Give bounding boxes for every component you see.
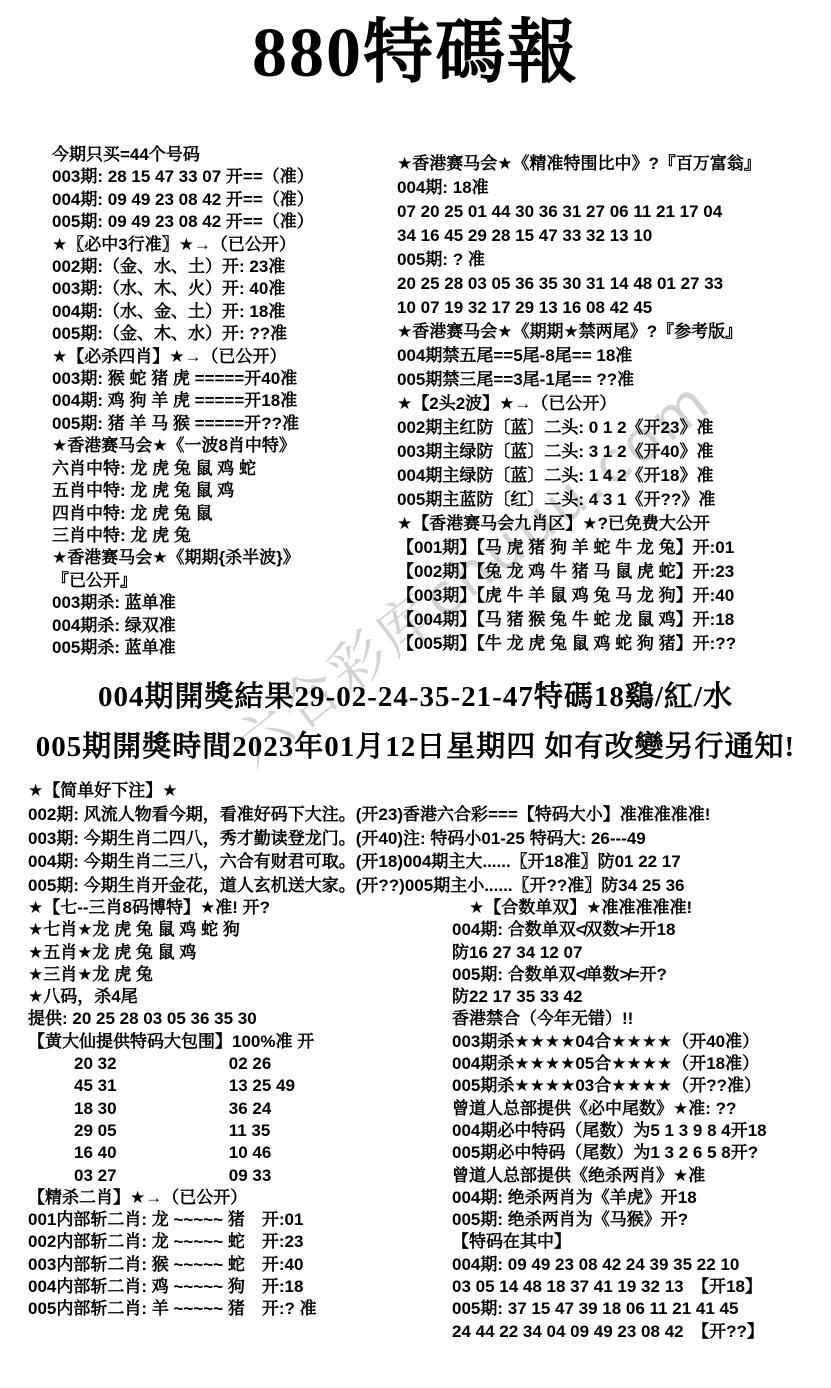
text-line: 提供: 20 25 28 03 05 36 35 30 <box>28 1008 443 1030</box>
text-line: ★【必杀四肖】★→（已公开） <box>52 346 397 368</box>
grid-col-right: 10 46 <box>229 1142 272 1164</box>
masthead-title: 880特碼報 <box>0 14 831 95</box>
text-line: 005期: 猪 羊 马 猴 =====开??准 <box>52 413 397 435</box>
text-line: 防16 27 34 12 07 <box>452 942 831 964</box>
text-line: 001内部斩二肖: 龙 ~~~~~ 猪 开:01 <box>28 1209 443 1231</box>
bottom-right-column: ★【合数单双】★准准准准准!004期: 合数单双≮双数≯=开18防16 27 3… <box>452 897 831 1343</box>
results-banner: 004期開獎結果29-02-24-35-21-47特碼18鷄/紅/水 005期開… <box>0 672 831 772</box>
text-line: 004期: 09 49 23 08 42 24 39 35 22 10 <box>452 1254 831 1276</box>
text-line: 03 05 14 48 18 37 41 19 32 13 【开18】 <box>452 1276 831 1298</box>
text-line: 【001期】【马 虎 猪 狗 羊 蛇 牛 龙 兔】开:01 <box>397 536 831 560</box>
text-line: 003期: 28 15 47 33 07 开==（准） <box>52 166 397 188</box>
text-line: 005期主蓝防〔红〕二头: 4 3 1《开??》准 <box>397 488 831 512</box>
text-line: 004期: 鸡 狗 羊 虎 =====开18准 <box>52 390 397 412</box>
text-line: 34 16 45 29 28 15 47 33 32 13 10 <box>397 224 831 248</box>
grid-col-left: 20 32 <box>74 1053 224 1075</box>
text-line: 【特码在其中】 <box>452 1231 831 1253</box>
text-line: 004期: 合数单双≮双数≯=开18 <box>452 919 831 941</box>
top-left-column: 今期只买=44个号码003期: 28 15 47 33 07 开==（准）004… <box>52 144 397 659</box>
grid-col-right: 02 26 <box>229 1053 272 1075</box>
text-line: 07 20 25 01 44 30 36 31 27 06 11 21 17 0… <box>397 200 831 224</box>
text-line: 004期必中特码（尾数）为5 1 3 9 8 4开18 <box>452 1120 831 1142</box>
number-grid-row: 03 27 09 33 <box>28 1165 443 1187</box>
text-line: 10 07 19 32 17 29 13 16 08 42 45 <box>397 296 831 320</box>
text-line: ★香港赛马会★《一波8肖中特》 <box>52 435 397 457</box>
text-line: 005内部斩二肖: 羊 ~~~~~ 猪 开:? 准 <box>28 1298 443 1320</box>
draw-result-line: 004期開獎結果29-02-24-35-21-47特碼18鷄/紅/水 <box>0 672 831 722</box>
text-line: 003期主绿防〔蓝〕二头: 3 1 2《开40》准 <box>397 440 831 464</box>
grid-col-right: 13 25 49 <box>229 1075 295 1097</box>
number-grid: 20 32 02 26 45 31 13 25 49 18 30 36 24 2… <box>28 1053 443 1187</box>
text-line: ★香港赛马会★《期期★禁两尾》?『参考版』 <box>397 320 831 344</box>
bottom-left-column: ★【七--三肖8码博特】★准! 开?★七肖★龙 虎 兔 鼠 鸡 蛇 狗★五肖★龙… <box>28 897 443 1321</box>
text-line: 002内部斩二肖: 龙 ~~~~~ 蛇 开:23 <box>28 1231 443 1253</box>
text-line: 四肖中特: 龙 虎 兔 鼠 <box>52 503 397 525</box>
text-line: 003期: 猴 蛇 猪 虎 =====开40准 <box>52 368 397 390</box>
text-line: 五肖中特: 龙 虎 兔 鼠 鸡 <box>52 480 397 502</box>
text-line: 今期只买=44个号码 <box>52 144 397 166</box>
text-line: ★香港赛马会★《期期{杀半波}》 <box>52 547 397 569</box>
text-line: 004期禁五尾==5尾-8尾== 18准 <box>397 344 831 368</box>
text-line: 004期: 18准 <box>397 176 831 200</box>
text-line: 005期: ? 准 <box>397 248 831 272</box>
text-line: ★八码，杀4尾 <box>28 986 443 1008</box>
top-right-column: ★香港赛马会★《精准特围比中》?『百万富翁』004期: 18准07 20 25 … <box>397 152 831 656</box>
number-grid-row: 45 31 13 25 49 <box>28 1075 443 1097</box>
text-line: 【003期】【虎 牛 羊 鼠 鸡 兔 马 龙 狗】开:40 <box>397 584 831 608</box>
text-line: 003期杀★★★★04合★★★★（开40准） <box>452 1031 831 1053</box>
text-line: 三肖中特: 龙 虎 兔 <box>52 525 397 547</box>
text-line: 004期杀★★★★05合★★★★（开18准） <box>452 1053 831 1075</box>
text-line: 005期: 37 15 47 39 18 06 11 21 41 45 <box>452 1298 831 1320</box>
text-line: 【005期】【牛 龙 虎 兔 鼠 鸡 蛇 狗 猪】开:?? <box>397 632 831 656</box>
number-grid-row: 18 30 36 24 <box>28 1098 443 1120</box>
text-line: 004期杀: 绿双准 <box>52 615 397 637</box>
text-line: 003期杀: 蓝单准 <box>52 592 397 614</box>
text-line: ★【2头2波】★→（已公开） <box>397 392 831 416</box>
text-line: 005期: 今期生肖开金花，道人玄机送大家。(开??)005期主小......〖… <box>28 874 828 898</box>
next-draw-time-line: 005期開獎時間2023年01月12日星期四 如有改變另行通知! <box>0 722 831 772</box>
text-line: ★【香港赛马会九肖区】★?已免费大公开 <box>397 512 831 536</box>
text-line: 005期:（金、木、水）开: ??准 <box>52 323 397 345</box>
number-grid-row: 20 32 02 26 <box>28 1053 443 1075</box>
kill-two-zodiac-section: 【精杀二肖】★→（已公开）001内部斩二肖: 龙 ~~~~~ 猪 开:01002… <box>28 1187 443 1321</box>
text-line: 004内部斩二肖: 鸡 ~~~~~ 狗 开:18 <box>28 1276 443 1298</box>
text-line: 004期:（水、金、土）开: 18准 <box>52 301 397 323</box>
text-line: ★〖必中3行准〗★→（已公开） <box>52 234 397 256</box>
text-line: 005期必中特码（尾数）为1 3 2 6 5 8开? <box>452 1142 831 1164</box>
grid-col-right: 11 35 <box>229 1120 271 1142</box>
text-line: ★【简单好下注】★ <box>28 779 828 803</box>
text-line: 【精杀二肖】★→（已公开） <box>28 1187 443 1209</box>
text-line: 『已公开』 <box>52 570 397 592</box>
text-line: ★七肖★龙 虎 兔 鼠 鸡 蛇 狗 <box>28 919 443 941</box>
text-line: 005期: 09 49 23 08 42 开==（准） <box>52 211 397 233</box>
text-line: 【004期】【马 猪 猴 兔 牛 蛇 龙 鼠 鸡】开:18 <box>397 608 831 632</box>
grid-col-left: 18 30 <box>74 1098 224 1120</box>
text-line: 香港禁合（今年无错）!! <box>452 1008 831 1030</box>
text-line: 003期: 今期生肖二四八，秀才勤读登龙门。(开40)注: 特码小01-25 特… <box>28 827 828 851</box>
text-line: 003内部斩二肖: 猴 ~~~~~ 蛇 开:40 <box>28 1254 443 1276</box>
bottom-intro-section: ★【简单好下注】★002期: 风流人物看今期，看准好码下大注。(开23)香港六合… <box>28 779 828 898</box>
grid-col-right: 36 24 <box>229 1098 272 1120</box>
text-line: 防22 17 35 33 42 <box>452 986 831 1008</box>
text-line: 004期主绿防〔蓝〕二头: 1 4 2《开18》准 <box>397 464 831 488</box>
text-line: ★五肖★龙 虎 兔 鼠 鸡 <box>28 942 443 964</box>
text-line: 005期: 合数单双≮单数≯=开? <box>452 964 831 986</box>
zodiac-picks-section: ★【七--三肖8码博特】★准! 开?★七肖★龙 虎 兔 鼠 鸡 蛇 狗★五肖★龙… <box>28 897 443 1053</box>
grid-col-left: 16 40 <box>74 1142 224 1164</box>
text-line: ★【合数单双】★准准准准准! <box>452 897 831 919</box>
text-line: 【黄大仙提供特码大包围】100%准 开 <box>28 1031 443 1053</box>
text-line: 六肖中特: 龙 虎 兔 鼠 鸡 蛇 <box>52 458 397 480</box>
text-line: 002期主红防〔蓝〕二头: 0 1 2《开23》准 <box>397 416 831 440</box>
text-line: 005期杀★★★★03合★★★★（开??准） <box>452 1075 831 1097</box>
text-line: 【002期】【兔 龙 鸡 牛 猪 马 鼠 虎 蛇】开:23 <box>397 560 831 584</box>
text-line: 004期: 09 49 23 08 42 开==（准） <box>52 189 397 211</box>
text-line: 004期: 绝杀两肖为《羊虎》开18 <box>452 1187 831 1209</box>
text-line: ★【七--三肖8码博特】★准! 开? <box>28 897 443 919</box>
text-line: 004期: 今期生肖二三八，六合有财君可取。(开18)004期主大......〖… <box>28 850 828 874</box>
text-line: 005期: 绝杀两肖为《马猴》开? <box>452 1209 831 1231</box>
text-line: ★香港赛马会★《精准特围比中》?『百万富翁』 <box>397 152 831 176</box>
text-line: 曾道人总部提供《必中尾数》★准: ?? <box>452 1098 831 1120</box>
number-grid-row: 29 05 11 35 <box>28 1120 443 1142</box>
number-grid-row: 16 40 10 46 <box>28 1142 443 1164</box>
grid-col-left: 45 31 <box>74 1075 224 1097</box>
text-line: 005期禁三尾==3尾-1尾== ??准 <box>397 368 831 392</box>
text-line: 20 25 28 03 05 36 35 30 31 14 48 01 27 3… <box>397 272 831 296</box>
text-line: 003期:（水、木、火）开: 40准 <box>52 278 397 300</box>
text-line: 002期:（金、水、土）开: 23准 <box>52 256 397 278</box>
text-line: 002期: 风流人物看今期，看准好码下大注。(开23)香港六合彩===【特码大小… <box>28 803 828 827</box>
text-line: 曾道人总部提供《绝杀两肖》★准 <box>452 1165 831 1187</box>
text-line: ★三肖★龙 虎 兔 <box>28 964 443 986</box>
grid-col-right: 09 33 <box>229 1165 272 1187</box>
newspaper-page: 六合彩库chuuu.com 880特碼報 今期只买=44个号码003期: 28 … <box>0 0 831 1388</box>
grid-col-left: 29 05 <box>74 1120 224 1142</box>
text-line: 005期杀: 蓝单准 <box>52 637 397 659</box>
text-line: 24 44 22 34 04 09 49 23 08 42 【开??】 <box>452 1321 831 1343</box>
grid-col-left: 03 27 <box>74 1165 224 1187</box>
